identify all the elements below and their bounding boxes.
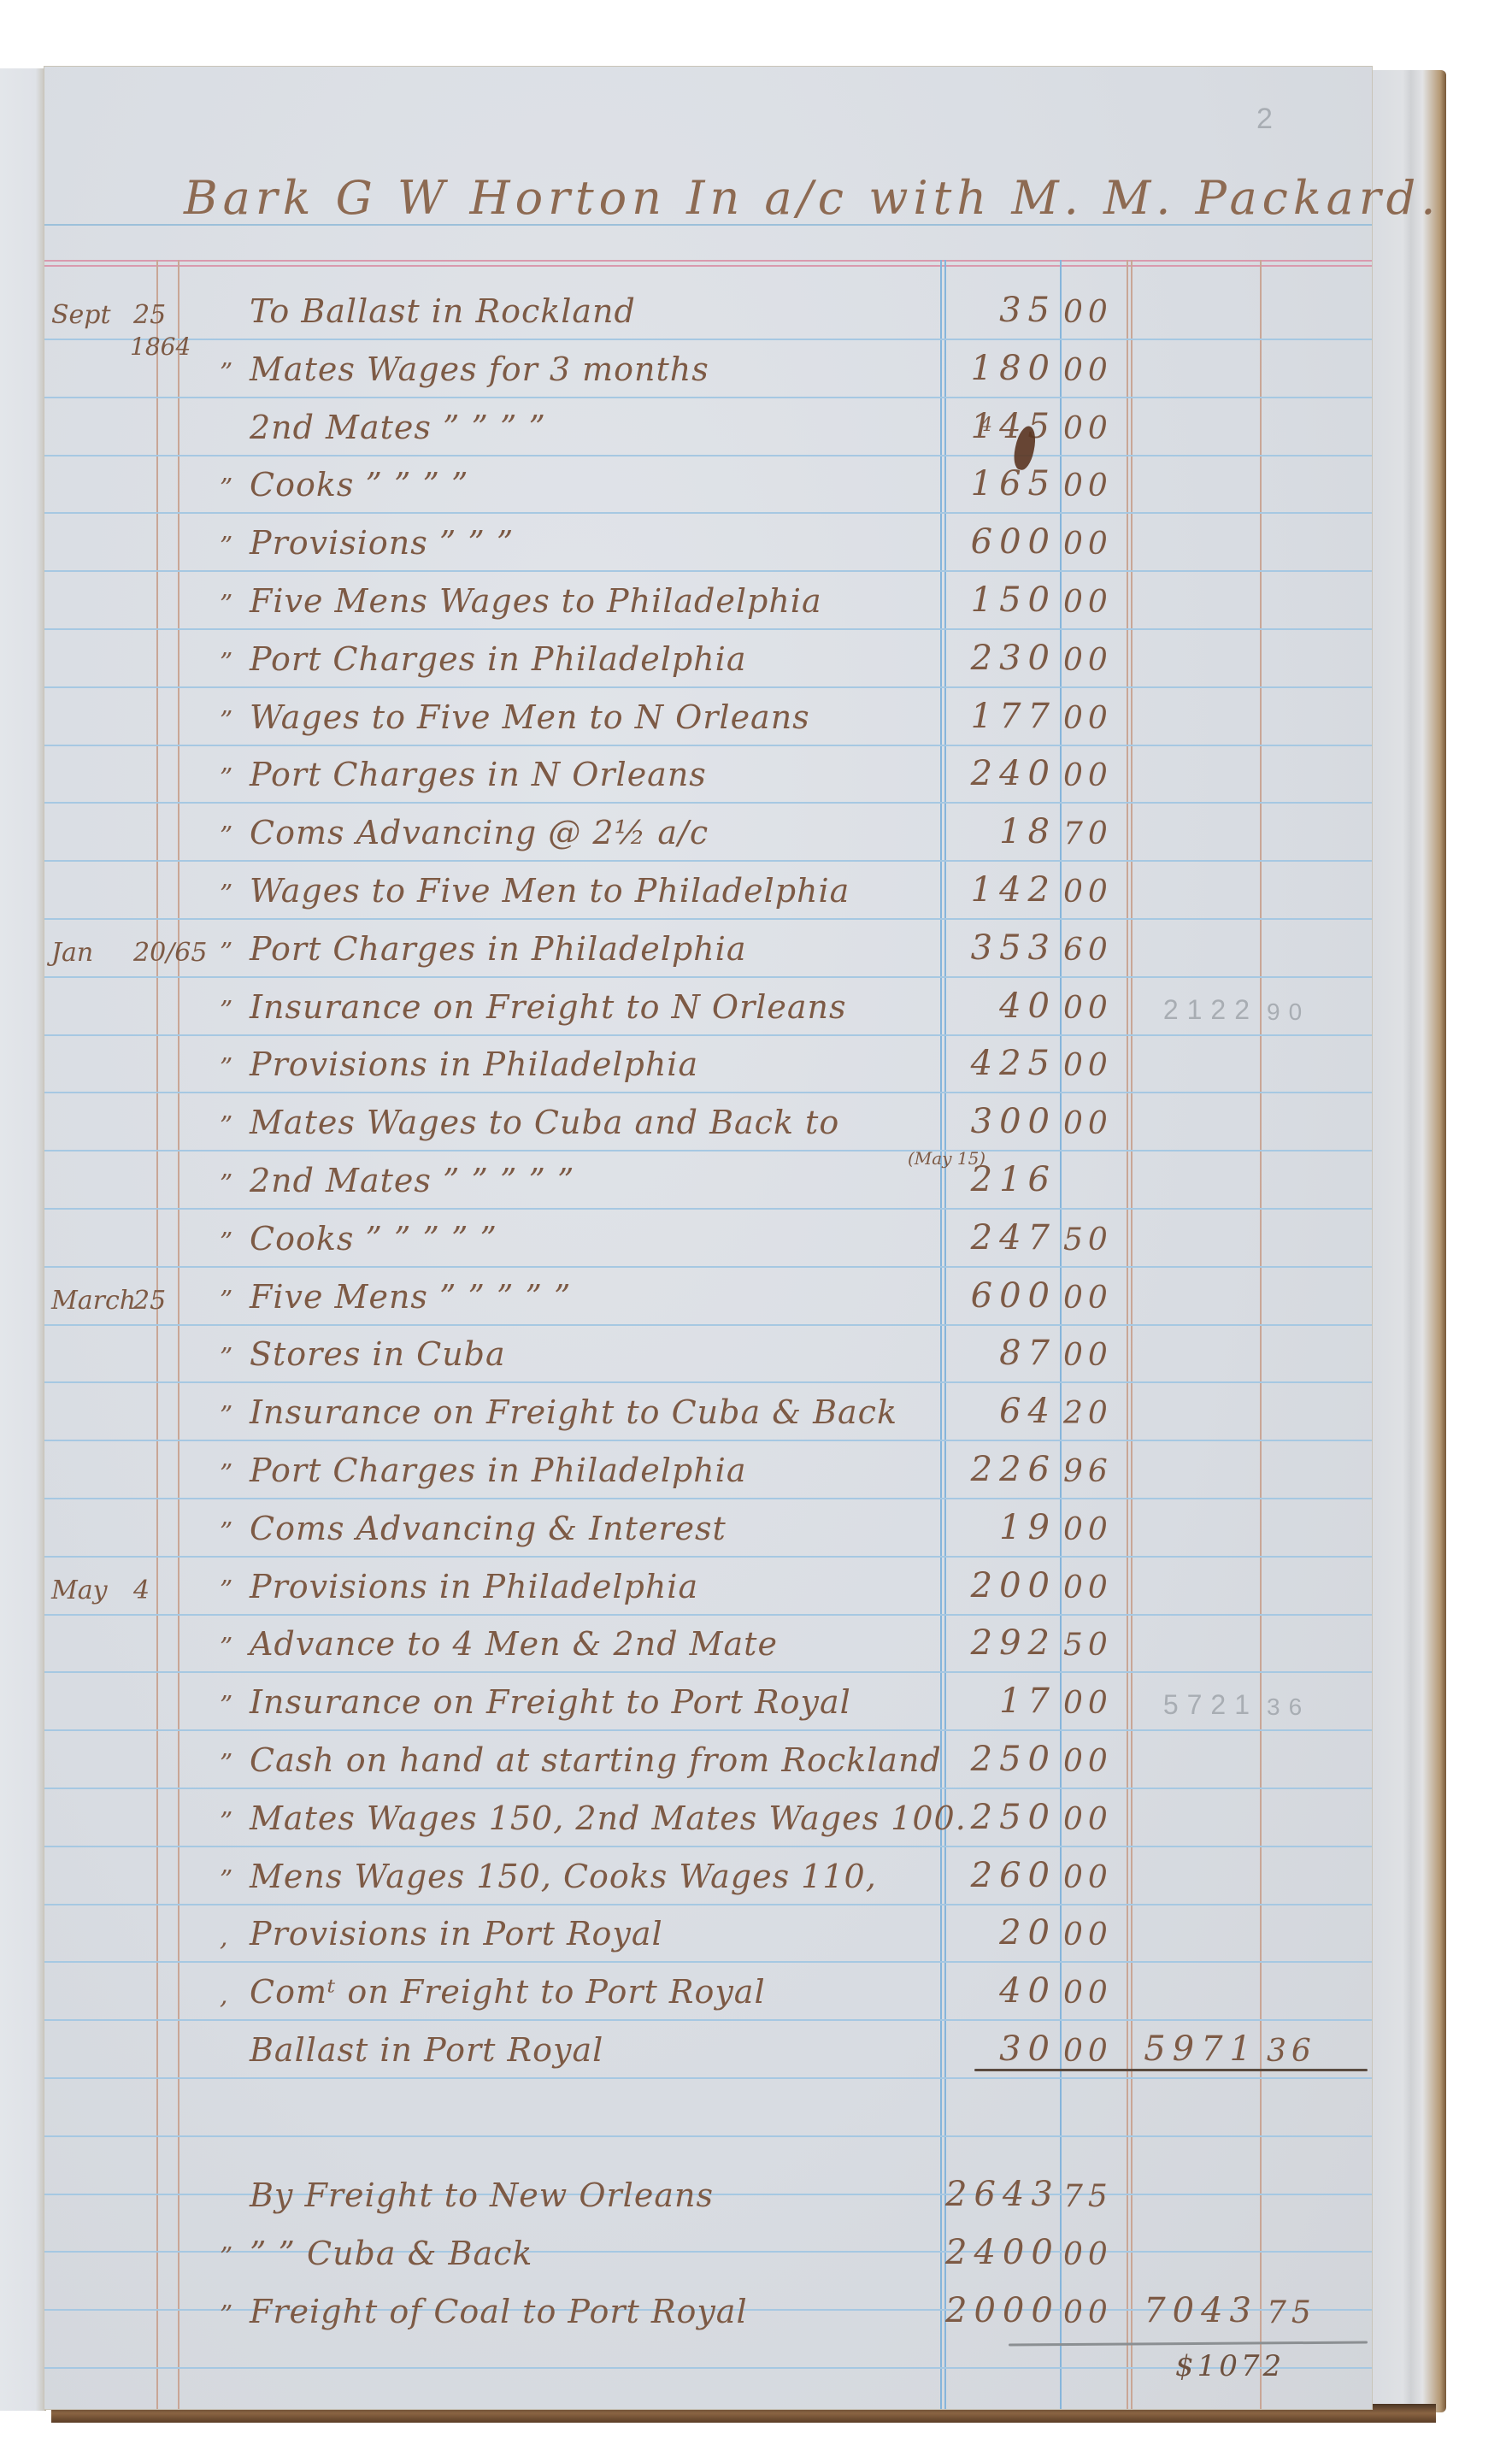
entry-dollars: 250 (945, 1798, 1056, 1837)
entry-dollars: 40 (945, 987, 1056, 1026)
entry-description: Five Mens Wages to Philadelphia (250, 582, 822, 620)
entry-description: Stores in Cuba (250, 1335, 506, 1373)
entry-cents: 00 (1063, 1744, 1132, 1779)
entry-cents: 50 (1063, 1628, 1132, 1663)
entry-cents: 00 (1063, 468, 1132, 504)
ditto-mark: ” (220, 1401, 232, 1431)
entry-description: Cash on hand at starting from Rockland (250, 1741, 942, 1779)
ditto-mark: ” (220, 532, 232, 562)
ditto-mark: ” (220, 1111, 232, 1141)
entry-description: Coms Advancing @ 2½ a/c (250, 814, 709, 851)
entry-cents: 00 (1063, 411, 1132, 446)
entry-dollars: 17 (945, 1682, 1056, 1721)
ditto-mark: ” (220, 822, 232, 851)
ditto-mark: ” (220, 1807, 232, 1837)
entry-dollars: 145 (945, 407, 1056, 446)
entry-dollars: 250 (945, 1740, 1056, 1779)
entry-month: May (51, 1576, 108, 1605)
entry-dollars: 230 (945, 639, 1056, 678)
entry-description: Comᵗ on Freight to Port Royal (250, 1973, 766, 2011)
entry-dollars: 240 (945, 754, 1056, 793)
ledger-row: ”Stores in Cuba8700 (44, 1323, 1372, 1381)
ditto-mark: ” (220, 1053, 232, 1083)
ruled-line (44, 2135, 1372, 2137)
entry-description: Provisions in Port Royal (250, 1915, 663, 1953)
ledger-row: ”Cash on hand at starting from Rockland2… (44, 1729, 1372, 1788)
facing-page-edge (0, 68, 46, 2411)
entry-description: Provisions in Philadelphia (250, 1568, 698, 1605)
entry-month: Sept (51, 300, 111, 330)
entry-dollars: 300 (945, 1102, 1056, 1141)
header-red-rule (44, 260, 1372, 262)
total-cents: 36 (1267, 2034, 1344, 2069)
entry-month: March (51, 1286, 136, 1316)
ditto-mark: ” (220, 1169, 232, 1199)
ditto-mark: ” (220, 2300, 232, 2330)
ledger-row: ”Insurance on Freight to Cuba & Back6420 (44, 1381, 1372, 1440)
entry-day: 4 (133, 1576, 150, 1605)
ledger-row: ”Insurance on Freight to N Orleans400021… (44, 976, 1372, 1034)
ledger-row: ”Coms Advancing & Interest1900 (44, 1498, 1372, 1556)
ditto-mark: ” (220, 1749, 232, 1779)
ditto-mark: ” (220, 938, 232, 968)
ditto-mark: ” (220, 474, 232, 504)
entry-cents: 00 (1063, 353, 1132, 388)
entry-cents: 00 (1063, 1976, 1132, 2011)
ledger-row: March25”Five Mens ” ” ” ” ”60000 (44, 1266, 1372, 1324)
ledger-row: May4”Provisions in Philadelphia20000 (44, 1556, 1372, 1614)
entry-description: 2nd Mates ” ” ” ” ” (250, 1162, 574, 1199)
entry-cents: 00 (1063, 991, 1132, 1026)
ditto-mark: ” (220, 996, 232, 1026)
entry-description: Port Charges in Philadelphia (250, 1452, 746, 1489)
ledger-row: ”Wages to Five Men to N Orleans17700 (44, 686, 1372, 745)
ledger-row: ”Coms Advancing @ 2½ a/c1870 (44, 802, 1372, 860)
entry-description: Insurance on Freight to Port Royal (250, 1683, 851, 1721)
entry-cents: 00 (1063, 1048, 1132, 1083)
ledger-row: Jan20/65”Port Charges in Philadelphia353… (44, 918, 1372, 976)
ledger-row: ”Cooks ” ” ” ”16500 (44, 454, 1372, 512)
entry-dollars: 216 (945, 1160, 1056, 1199)
ditto-mark: ” (220, 1286, 232, 1316)
entry-day: 25 (133, 300, 166, 330)
entry-cents: 00 (1063, 1686, 1132, 1721)
entry-cents: 00 (1063, 1512, 1132, 1547)
entry-description: Provisions in Philadelphia (250, 1045, 698, 1083)
entry-description: Wages to Five Men to N Orleans (250, 698, 810, 736)
balance-note: $1072 (1175, 2349, 1285, 2383)
ditto-mark: ” (220, 763, 232, 793)
entry-cents: 00 (1063, 1802, 1132, 1837)
ledger-row: ”Port Charges in N Orleans24000 (44, 744, 1372, 802)
entry-dollars: 226 (945, 1450, 1056, 1489)
pencil-subtotal-dollars: 5721 (1130, 1689, 1258, 1721)
ledger-row: ”Insurance on Freight to Port Royal17005… (44, 1671, 1372, 1729)
entry-description: 2nd Mates ” ” ” ” (250, 409, 546, 446)
ditto-mark: , (220, 1981, 228, 2011)
entry-cents: 00 (1063, 1338, 1132, 1373)
entry-dollars: 165 (945, 464, 1056, 504)
ledger-row: ”2nd Mates ” ” ” ” ”216 (44, 1150, 1372, 1208)
page-title: Bark G W Horton In a/c with M. M. Packar… (184, 171, 1295, 231)
entry-cents: 96 (1063, 1454, 1132, 1489)
ditto-mark: ” (220, 1865, 232, 1895)
title-rule (44, 224, 1372, 226)
entry-cents: 00 (1063, 295, 1132, 330)
ledger-row: ,Provisions in Port Royal2000 (44, 1903, 1372, 1961)
entry-description: Provisions ” ” ” (250, 524, 514, 562)
entry-cents: 00 (1063, 1570, 1132, 1605)
entry-dollars: 87 (945, 1334, 1056, 1373)
entry-description: Coms Advancing & Interest (250, 1510, 727, 1547)
entry-dollars: 2400 (945, 2233, 1056, 2272)
ledger-row: ”Advance to 4 Men & 2nd Mate29250 (44, 1613, 1372, 1671)
entry-description: Insurance on Freight to N Orleans (250, 988, 847, 1026)
entry-dollars: 40 (945, 1971, 1056, 2011)
ledger-row: ”Mates Wages for 3 months18000 (44, 339, 1372, 397)
entry-dollars: 177 (945, 697, 1056, 736)
entry-dollars: 292 (945, 1623, 1056, 1663)
total-dollars: 7043 (1130, 2291, 1258, 2330)
entry-description: Wages to Five Men to Philadelphia (250, 872, 850, 910)
entry-cents: 60 (1063, 933, 1132, 968)
entry-dollars: 2000 (945, 2291, 1056, 2330)
entry-description: Advance to 4 Men & 2nd Mate (250, 1625, 778, 1663)
entry-cents: 75 (1063, 2179, 1132, 2214)
entry-description: Cooks ” ” ” ” ” (250, 1220, 497, 1258)
entry-cents: 50 (1063, 1222, 1132, 1258)
ledger-row: ”Mens Wages 150, Cooks Wages 110,26000 (44, 1846, 1372, 1904)
entry-dollars: 142 (945, 870, 1056, 910)
entry-dollars: 64 (945, 1392, 1056, 1431)
ledger-row: ”” ” Cuba & Back240000 (44, 2223, 1372, 2281)
ditto-mark: ” (220, 648, 232, 678)
entry-cents: 00 (1063, 875, 1132, 910)
ditto-mark: ” (220, 1576, 232, 1605)
ledger-row: By Freight to New Orleans264375 (44, 2165, 1372, 2223)
pencil-subtotal-dollars: 2122 (1130, 994, 1258, 1026)
entry-description: By Freight to New Orleans (250, 2176, 714, 2214)
entry-cents: 00 (1063, 1281, 1132, 1316)
entry-cents: 00 (1063, 2034, 1132, 2069)
page-stack-edge (1368, 70, 1446, 2412)
entry-dollars: 425 (945, 1044, 1056, 1083)
entry-description: Cooks ” ” ” ” (250, 466, 468, 504)
pencil-subtotal-cents: 36 (1267, 1693, 1344, 1721)
ledger-row: ”Port Charges in Philadelphia23000 (44, 628, 1372, 686)
entry-cents: 00 (1063, 1917, 1132, 1953)
ledger-row: ”Five Mens Wages to Philadelphia15000 (44, 570, 1372, 628)
page-number: 2 (1256, 103, 1281, 136)
ditto-mark: ” (220, 1691, 232, 1721)
entry-description: Mates Wages to Cuba and Back to (250, 1104, 839, 1141)
entry-cents: 00 (1063, 585, 1132, 620)
ditto-mark: ” (220, 1517, 232, 1547)
ledger-row: ”Mates Wages 150, 2nd Mates Wages 100.25… (44, 1788, 1372, 1846)
ruled-line (44, 2367, 1372, 2369)
entry-day: 20/65 (133, 938, 207, 968)
entry-description: To Ballast in Rockland (250, 292, 636, 330)
pencil-subtotal-cents: 90 (1267, 998, 1344, 1026)
ledger-row: ”Freight of Coal to Port Royal2000007043… (44, 2281, 1372, 2339)
entry-month: Jan (51, 938, 93, 968)
ledger-row: ,Comᵗ on Freight to Port Royal4000 (44, 1961, 1372, 2019)
entry-dollars: 30 (945, 2029, 1056, 2069)
ditto-mark: ” (220, 880, 232, 910)
ledger-row: 2nd Mates ” ” ” ”145004 (44, 397, 1372, 455)
ditto-mark: ” (220, 1633, 232, 1663)
entry-dollars: 260 (945, 1856, 1056, 1895)
entry-dollars: 19 (945, 1508, 1056, 1547)
ditto-mark: ” (220, 590, 232, 620)
entry-dollars: 353 (945, 928, 1056, 968)
ditto-mark: ” (220, 706, 232, 736)
entry-description: Port Charges in N Orleans (250, 756, 707, 793)
entry-dollars: 20 (945, 1913, 1056, 1953)
entry-description: Port Charges in Philadelphia (250, 930, 746, 968)
entry-cents: 00 (1063, 758, 1132, 793)
ledger-row: ”Provisions in Philadelphia42500 (44, 1034, 1372, 1092)
entry-cents: 70 (1063, 816, 1132, 851)
entry-cents: 00 (1063, 643, 1132, 678)
entry-dollars: 247 (945, 1218, 1056, 1258)
entry-cents: 00 (1063, 527, 1132, 562)
entry-dollars: 200 (945, 1566, 1056, 1605)
overwritten-digit: 4 (980, 415, 992, 436)
entry-cents: 00 (1063, 1860, 1132, 1895)
ditto-mark: ” (220, 358, 232, 388)
entry-dollars: 150 (945, 580, 1056, 620)
ledger-row: ”Cooks ” ” ” ” ”24750 (44, 1208, 1372, 1266)
entry-description: Freight of Coal to Port Royal (250, 2293, 748, 2330)
ditto-mark: ” (220, 2242, 232, 2272)
header-red-rule (44, 265, 1372, 267)
entry-description: Mens Wages 150, Cooks Wages 110, (250, 1858, 877, 1895)
debit-sum-underline (974, 2069, 1368, 2071)
ditto-mark: ” (220, 1343, 232, 1373)
ditto-mark: ” (220, 1228, 232, 1258)
entry-dollars: 35 (945, 291, 1056, 330)
ditto-mark: ” (220, 1459, 232, 1489)
ledger-row: ”Wages to Five Men to Philadelphia14200 (44, 860, 1372, 918)
entry-description: Mates Wages for 3 months (250, 350, 709, 388)
entry-description: Ballast in Port Royal (250, 2031, 603, 2069)
entry-dollars: 180 (945, 349, 1056, 388)
entry-description: Mates Wages 150, 2nd Mates Wages 100. (250, 1799, 967, 1837)
entry-day: 25 (133, 1286, 166, 1316)
ledger-row: ”Provisions ” ” ”60000 (44, 512, 1372, 570)
ledger-row: Sept251864To Ballast in Rockland3500 (44, 280, 1372, 339)
total-cents: 75 (1267, 2295, 1344, 2330)
entry-cents: 20 (1063, 1396, 1132, 1431)
ledger-row: ”Mates Wages to Cuba and Back to30000(Ma… (44, 1092, 1372, 1150)
entry-description: Insurance on Freight to Cuba & Back (250, 1393, 897, 1431)
entry-cents: 00 (1063, 701, 1132, 736)
entry-dollars: 600 (945, 522, 1056, 562)
entry-cents: 00 (1063, 1106, 1132, 1141)
ditto-mark: , (220, 1923, 228, 1953)
entry-dollars: 600 (945, 1276, 1056, 1316)
entry-description: Five Mens ” ” ” ” ” (250, 1278, 571, 1316)
entry-dollars: 2643 (945, 2175, 1056, 2214)
entry-cents: 00 (1063, 2295, 1132, 2330)
entry-dollars: 18 (945, 812, 1056, 851)
ledger-row: ”Port Charges in Philadelphia22696 (44, 1440, 1372, 1498)
entry-description: Port Charges in Philadelphia (250, 640, 746, 678)
total-dollars: 5971 (1130, 2029, 1258, 2069)
ruled-line (44, 2077, 1372, 2079)
entry-description: ” ” Cuba & Back (250, 2235, 532, 2272)
entry-cents: 00 (1063, 2237, 1132, 2272)
